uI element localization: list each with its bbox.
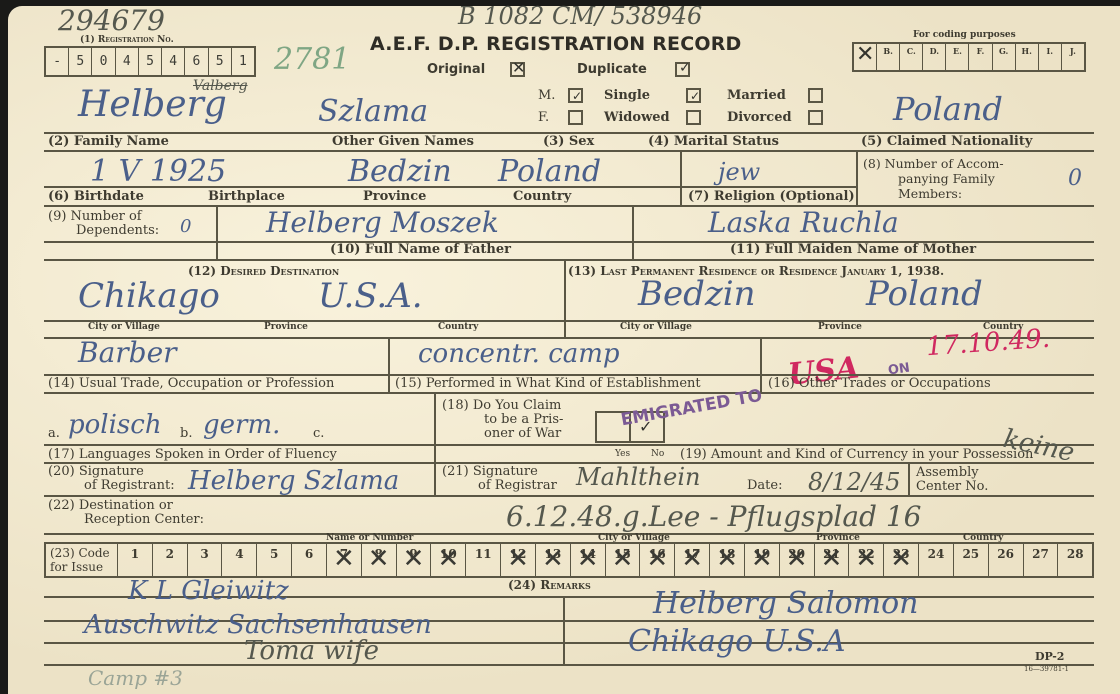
registration-no-cell: 5 bbox=[139, 48, 162, 75]
father-label: (10) Full Name of Father bbox=[330, 242, 511, 257]
registration-no-cell: 5 bbox=[209, 48, 232, 75]
residence-country-value: Poland bbox=[866, 274, 983, 314]
residence-city-value: Bedzin bbox=[638, 274, 756, 314]
family-name-value: Helberg bbox=[78, 84, 227, 125]
remarks-left-line-3: Toma wife bbox=[244, 636, 379, 666]
registration-no-cell: 5 bbox=[69, 48, 92, 75]
birth-country-value: Poland bbox=[498, 154, 601, 189]
remarks-left-line-1: K L Gleiwitz bbox=[128, 576, 289, 606]
occupation-label: (14) Usual Trade, Occupation or Professi… bbox=[48, 376, 334, 391]
code-x-mark: ✕ bbox=[612, 546, 634, 572]
code-cell-20[interactable]: 20✕ bbox=[780, 544, 815, 576]
coding-cell: B. bbox=[877, 44, 900, 70]
marital-single-checkbox[interactable]: ✓ bbox=[686, 88, 701, 103]
registration-no-cell: 1 bbox=[232, 48, 254, 75]
languages-label: (17) Languages Spoken in Order of Fluenc… bbox=[48, 447, 337, 462]
coding-cell: D. bbox=[923, 44, 946, 70]
family-name-label: (2) Family Name bbox=[48, 134, 169, 149]
code-x-mark: ✕ bbox=[786, 546, 808, 572]
code-cell-26[interactable]: 26 bbox=[989, 544, 1024, 576]
coding-cell: E. bbox=[946, 44, 969, 70]
mother-name-value: Laska Ruchla bbox=[708, 206, 899, 239]
lang-b-value: germ. bbox=[203, 410, 280, 440]
religion-label: (7) Religion (Optional) bbox=[688, 189, 855, 204]
sex-m-checkbox[interactable]: ✓ bbox=[568, 88, 583, 103]
code-cell-25[interactable]: 25 bbox=[954, 544, 989, 576]
sex-f-checkbox[interactable] bbox=[568, 110, 583, 125]
coding-cell: G. bbox=[993, 44, 1016, 70]
sex-label: (3) Sex bbox=[543, 134, 594, 149]
marital-married-checkbox[interactable] bbox=[808, 88, 823, 103]
code-cell-4[interactable]: 4 bbox=[222, 544, 257, 576]
duplicate-checkbox[interactable]: ✓ bbox=[675, 62, 690, 77]
marital-married-label: Married bbox=[727, 88, 786, 103]
coding-cell: J. bbox=[1062, 44, 1084, 70]
code-x-mark: ✕ bbox=[437, 546, 459, 572]
remarks-right-line-2: Chikago U.S.A bbox=[628, 624, 846, 659]
code-cell-9[interactable]: 9✕ bbox=[397, 544, 432, 576]
code-cell-22[interactable]: 22✕ bbox=[849, 544, 884, 576]
pow-label-2: to be a Pris- bbox=[484, 412, 563, 427]
code-x-mark: ✕ bbox=[333, 546, 355, 572]
code-cell-1[interactable]: 1 bbox=[118, 544, 153, 576]
country-label: Country bbox=[513, 189, 571, 204]
marital-widowed-checkbox[interactable] bbox=[686, 110, 701, 125]
code-cell-11[interactable]: 11 bbox=[466, 544, 501, 576]
lang-a-value: polisch bbox=[68, 410, 162, 440]
coding-label: For coding purposes bbox=[913, 30, 1016, 40]
dependents-label-2: Dependents: bbox=[76, 223, 159, 238]
religion-value: jew bbox=[718, 158, 760, 186]
registration-no-grid: -50454651 bbox=[44, 46, 256, 77]
other-trades-label: (16) Other Trades or Occupations bbox=[768, 376, 991, 391]
registration-card: 294679 B 1082 CM/ 538946 2781 (1) Regist… bbox=[8, 6, 1120, 694]
res-city-label: City or Village bbox=[620, 322, 692, 332]
code-cell-2[interactable]: 2 bbox=[153, 544, 188, 576]
pow-yes-label: Yes bbox=[615, 449, 630, 459]
code-x-mark: ✕ bbox=[646, 546, 668, 572]
registration-no-cell: 6 bbox=[185, 48, 208, 75]
accompanying-value: 0 bbox=[1068, 166, 1082, 191]
code-x-mark: ✕ bbox=[890, 546, 912, 572]
dest-city-label: City or Village bbox=[88, 322, 160, 332]
code-x-mark: ✕ bbox=[542, 546, 564, 572]
code-for-issue-label: (23) Codefor Issue bbox=[46, 544, 118, 576]
code-cell-17[interactable]: 17✕ bbox=[675, 544, 710, 576]
registration-no-cell: 4 bbox=[116, 48, 139, 75]
dest-province-label: Province bbox=[264, 322, 308, 332]
code-x-mark: ✕ bbox=[751, 546, 773, 572]
handwritten-top-number: 294679 bbox=[58, 4, 165, 37]
code-cell-19[interactable]: 19✕ bbox=[745, 544, 780, 576]
dependents-value: 0 bbox=[180, 216, 191, 237]
coding-x-mark: ✕ bbox=[856, 44, 874, 66]
code-cell-12[interactable]: 12✕ bbox=[501, 544, 536, 576]
assembly-label-2: Center No. bbox=[916, 479, 988, 494]
camp-note: Camp #3 bbox=[88, 666, 183, 690]
code-cell-27[interactable]: 27 bbox=[1024, 544, 1059, 576]
marital-single-label: Single bbox=[604, 88, 650, 103]
code-cell-14[interactable]: 14✕ bbox=[571, 544, 606, 576]
pow-no-label: No bbox=[651, 449, 664, 459]
destination-center-value: 6.12.48.g.Lee - Pflugsplad 16 bbox=[506, 500, 921, 533]
code-cell-3[interactable]: 3 bbox=[188, 544, 223, 576]
original-label: Original bbox=[427, 62, 485, 77]
code-cell-15[interactable]: 15✕ bbox=[606, 544, 641, 576]
form-title: A.E.F. D.P. REGISTRATION RECORD bbox=[370, 33, 742, 55]
code-cell-13[interactable]: 13✕ bbox=[536, 544, 571, 576]
marital-divorced-checkbox[interactable] bbox=[808, 110, 823, 125]
date-label: Date: bbox=[747, 478, 782, 493]
code-cell-18[interactable]: 18✕ bbox=[710, 544, 745, 576]
code-x-mark: ✕ bbox=[577, 546, 599, 572]
destination-center-label-2: Reception Center: bbox=[84, 512, 204, 527]
code-x-mark: ✕ bbox=[403, 546, 425, 572]
sig-registrant-value: Helberg Szlama bbox=[188, 466, 399, 496]
code-cell-24[interactable]: 24 bbox=[919, 544, 954, 576]
marital-widowed-label: Widowed bbox=[604, 110, 670, 125]
establishment-value: concentr. camp bbox=[418, 339, 620, 369]
code-x-mark: ✕ bbox=[716, 546, 738, 572]
lang-c-label: c. bbox=[313, 426, 324, 441]
father-name-value: Helberg Moszek bbox=[266, 206, 499, 239]
coding-cell: I. bbox=[1039, 44, 1062, 70]
date-value: 8/12/45 bbox=[808, 468, 901, 496]
code-cell-21[interactable]: 21✕ bbox=[815, 544, 850, 576]
registration-no-label: (1) Registration No. bbox=[80, 35, 174, 45]
birthplace-label: Birthplace bbox=[208, 189, 285, 204]
code-cell-5[interactable]: 5 bbox=[257, 544, 292, 576]
accompanying-label-1: (8) Number of Accom- bbox=[863, 156, 1004, 171]
remarks-right-line-1: Helberg Salomon bbox=[653, 586, 918, 621]
province-label: Province bbox=[363, 189, 426, 204]
code-cell-10[interactable]: 10✕ bbox=[431, 544, 466, 576]
sig-registrar-label-2: of Registrar bbox=[478, 478, 557, 493]
accompanying-label-2: panying Family bbox=[898, 171, 995, 186]
lang-b-label: b. bbox=[180, 426, 192, 441]
remarks-label: (24) Remarks bbox=[508, 578, 591, 592]
other-names-value: Szlama bbox=[318, 94, 428, 129]
code-for-issue-grid: (23) Codefor Issue1234567✕8✕9✕10✕1112✕13… bbox=[44, 542, 1094, 578]
red-emigration-date: 17.10.49. bbox=[925, 324, 1051, 363]
coding-cell: ✕ bbox=[854, 44, 877, 70]
code-x-mark: ✕ bbox=[368, 546, 390, 572]
sig-registrar-label-1: (21) Signature bbox=[442, 464, 538, 479]
lang-a-label: a. bbox=[48, 426, 60, 441]
coding-cell: H. bbox=[1016, 44, 1039, 70]
marital-divorced-label: Divorced bbox=[727, 110, 792, 125]
code-x-mark: ✕ bbox=[681, 546, 703, 572]
marital-status-label: (4) Marital Status bbox=[648, 134, 779, 149]
destination-country-value: U.S.A. bbox=[318, 276, 423, 316]
assembly-label-1: Assembly bbox=[916, 465, 979, 480]
currency-label: (19) Amount and Kind of Currency in your… bbox=[680, 447, 1033, 462]
coding-cell: F. bbox=[969, 44, 992, 70]
code-x-mark: ✕ bbox=[855, 546, 877, 572]
registration-no-cell: 0 bbox=[92, 48, 115, 75]
code-x-mark: ✕ bbox=[821, 546, 843, 572]
accompanying-label-3: Members: bbox=[898, 186, 962, 201]
registration-no-cell: - bbox=[46, 48, 69, 75]
birthdate-label: (6) Birthdate bbox=[48, 189, 144, 204]
sig-registrant-label-2: of Registrant: bbox=[84, 478, 175, 493]
code-x-mark: ✕ bbox=[507, 546, 529, 572]
sex-m-label: M. bbox=[538, 88, 555, 103]
birthplace-value: Bedzin bbox=[348, 154, 452, 189]
code-cell-28[interactable]: 28 bbox=[1058, 544, 1092, 576]
other-names-label: Other Given Names bbox=[332, 134, 474, 149]
birthdate-value: 1 V 1925 bbox=[90, 154, 226, 189]
coding-grid: ✕B.C.D.E.F.G.H.I.J. bbox=[852, 42, 1086, 72]
code-cell-16[interactable]: 16✕ bbox=[640, 544, 675, 576]
establishment-label: (15) Performed in What Kind of Establish… bbox=[395, 376, 701, 391]
sig-registrant-label-1: (20) Signature bbox=[48, 464, 144, 479]
dest-country-label: Country bbox=[438, 322, 478, 332]
mother-label: (11) Full Maiden Name of Mother bbox=[730, 242, 976, 257]
sex-f-label: F. bbox=[538, 110, 549, 125]
nationality-label: (5) Claimed Nationality bbox=[861, 134, 1032, 149]
duplicate-label: Duplicate bbox=[577, 62, 647, 77]
registration-no-cell: 4 bbox=[162, 48, 185, 75]
handwritten-green-number: 2781 bbox=[274, 42, 350, 77]
code-cell-23[interactable]: 23✕ bbox=[884, 544, 919, 576]
original-checkbox[interactable]: ✕ bbox=[510, 62, 525, 77]
code-cell-8[interactable]: 8✕ bbox=[362, 544, 397, 576]
sig-registrar-value: Mahlthein bbox=[576, 463, 700, 491]
dependents-label-1: (9) Number of bbox=[48, 209, 142, 224]
handwritten-archive-number: B 1082 CM/ 538946 bbox=[458, 2, 702, 30]
coding-cell: C. bbox=[900, 44, 923, 70]
occupation-value: Barber bbox=[78, 336, 177, 369]
res-province-label: Province bbox=[818, 322, 862, 332]
destination-city-value: Chikago bbox=[78, 276, 220, 316]
destination-center-label-1: (22) Destination or bbox=[48, 498, 173, 513]
nationality-value: Poland bbox=[893, 90, 1003, 128]
print-code: 16—39781-1 bbox=[1024, 665, 1069, 673]
pow-label-1: (18) Do You Claim bbox=[442, 398, 561, 413]
code-cell-7[interactable]: 7✕ bbox=[327, 544, 362, 576]
pow-label-3: oner of War bbox=[484, 426, 561, 441]
code-cell-6[interactable]: 6 bbox=[292, 544, 327, 576]
form-number: DP-2 bbox=[1035, 650, 1064, 663]
